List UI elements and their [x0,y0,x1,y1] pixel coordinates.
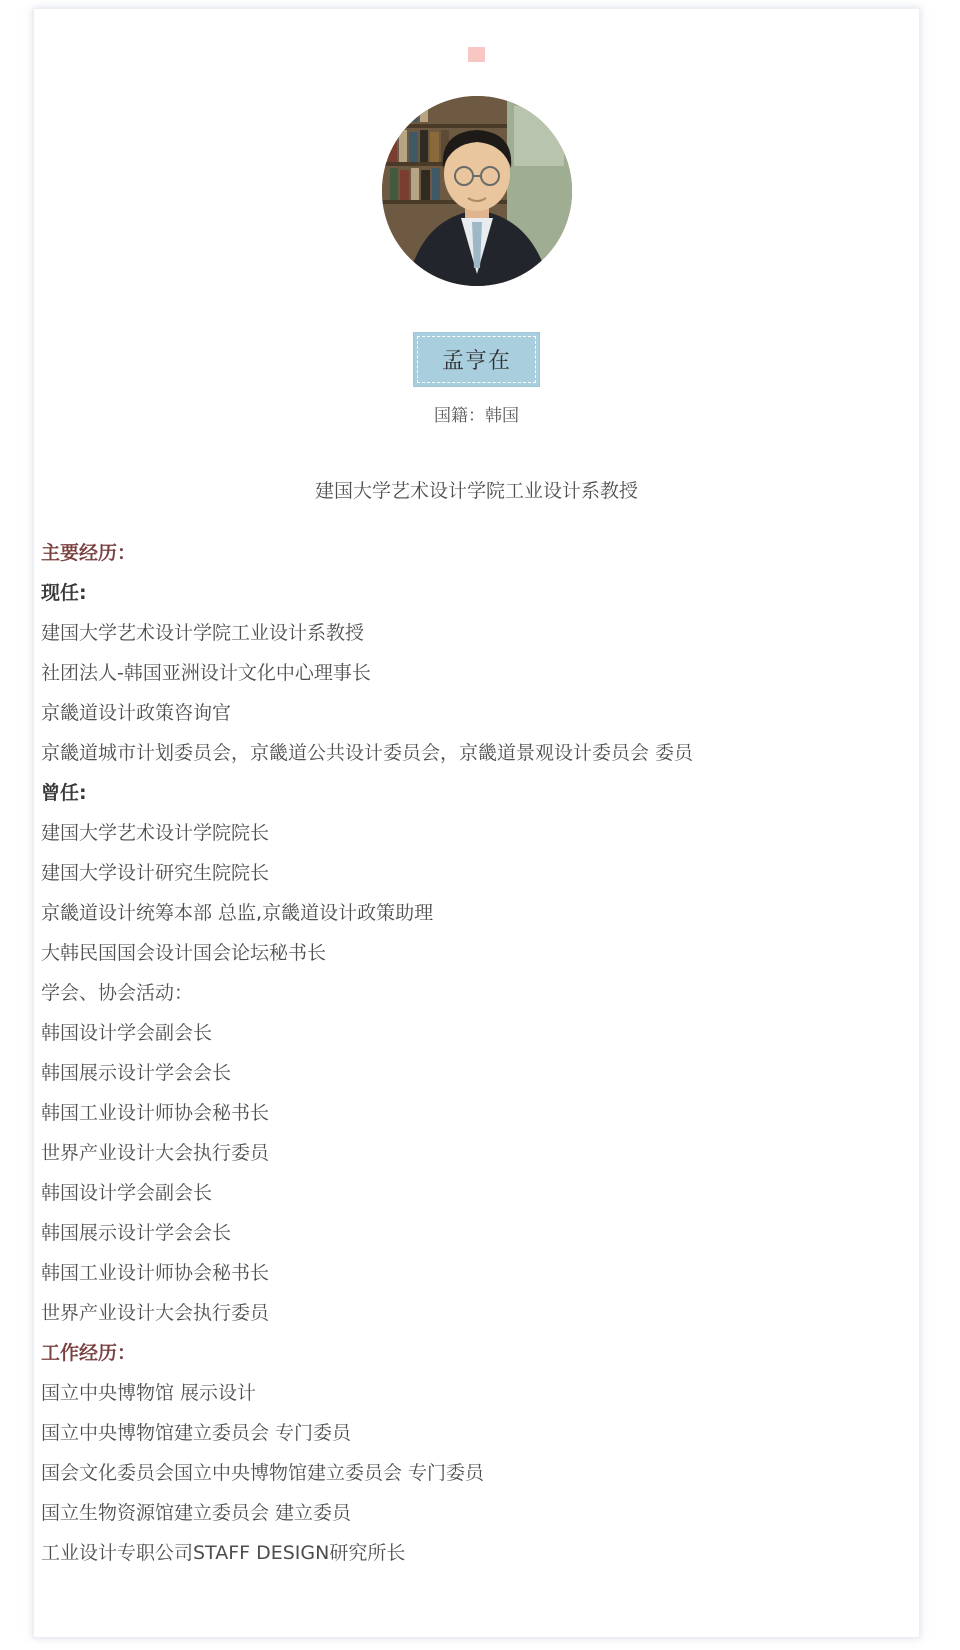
subheading-current: 现任: [41,573,909,613]
resume-line: 国会文化委员会国立中央博物馆建立委员会 专门委员 [41,1453,909,1493]
resume-line: 世界产业设计大会执行委员 [41,1293,909,1333]
resume-line: 韩国设计学会副会长 [41,1173,909,1213]
resume-line: 韩国设计学会副会长 [41,1013,909,1053]
profile-card: 孟亨在 国籍：韩国 建国大学艺术设计学院工业设计系教授 主要经历： 现任: 建国… [33,8,920,1638]
resume-line: 国立生物资源馆建立委员会 建立委员 [41,1493,909,1533]
decorative-pink-marker [468,47,485,62]
resume-line: 韩国工业设计师协会秘书长 [41,1093,909,1133]
resume-line: 京畿道城市计划委员会，京畿道公共设计委员会，京畿道景观设计委员会 委员 [41,733,909,773]
resume-line: 大韩民国国会设计国会论坛秘书长 [41,933,909,973]
resume-line: 建国大学艺术设计学院院长 [41,813,909,853]
resume-line: 工业设计专职公司STAFF DESIGN研究所长 [41,1533,909,1573]
resume-section: 主要经历： 现任: 建国大学艺术设计学院工业设计系教授 社团法人-韩国亚洲设计文… [34,533,919,1573]
resume-line: 京畿道设计统筹本部 总监,京畿道设计政策助理 [41,893,909,933]
heading-main-experience: 主要经历： [41,533,909,573]
resume-line: 韩国展示设计学会会长 [41,1213,909,1253]
person-name: 孟亨在 [417,336,536,383]
resume-line: 建国大学艺术设计学院工业设计系教授 [41,613,909,653]
heading-work-experience: 工作经历： [41,1333,909,1373]
resume-line: 国立中央博物馆 展示设计 [41,1373,909,1413]
resume-line: 京畿道设计政策咨询官 [41,693,909,733]
resume-line: 国立中央博物馆建立委员会 专门委员 [41,1413,909,1453]
name-box-row: 孟亨在 [34,332,919,388]
position-title: 建国大学艺术设计学院工业设计系教授 [34,479,919,503]
resume-line: 建国大学设计研究生院院长 [41,853,909,893]
name-box[interactable]: 孟亨在 [413,332,540,387]
subheading-former: 曾任: [41,773,909,813]
resume-line: 社团法人-韩国亚洲设计文化中心理事长 [41,653,909,693]
resume-line: 世界产业设计大会执行委员 [41,1133,909,1173]
resume-line: 韩国工业设计师协会秘书长 [41,1253,909,1293]
resume-line: 韩国展示设计学会会长 [41,1053,909,1093]
profile-photo[interactable] [382,96,572,286]
society-activities-label: 学会、协会活动： [41,973,909,1013]
nationality-text: 国籍：韩国 [34,405,919,427]
portrait-illustration [382,96,572,286]
